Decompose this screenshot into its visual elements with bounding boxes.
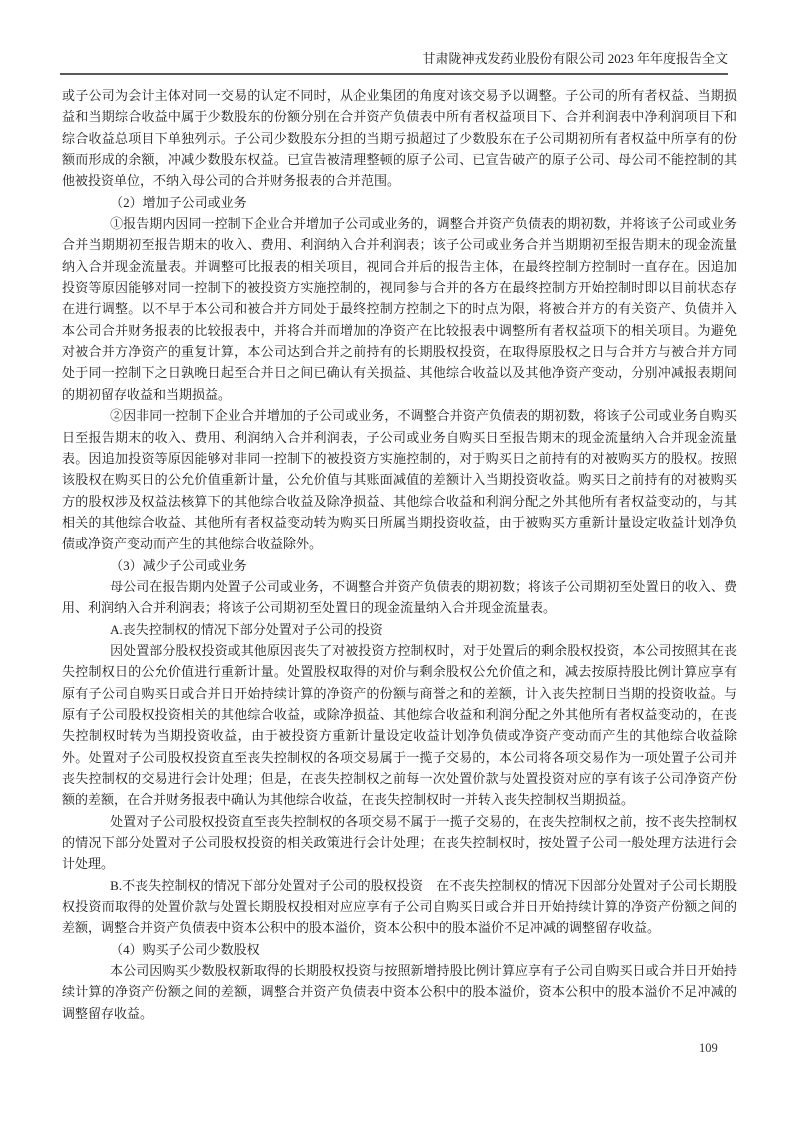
report-page: 甘肃陇神戎发药业股份有限公司 2023 年年度报告全文 或子公司为会计主体对同一… [0, 0, 793, 1122]
paragraph: B.不丧失控制权的情况下部分处置对子公司的股权投资 在不丧失控制权的情况下因部分… [62, 875, 737, 939]
paragraph: （2）增加子公司或业务 [62, 192, 737, 213]
paragraph: （4）购买子公司少数股权 [62, 939, 737, 960]
page-number: 109 [699, 1041, 718, 1056]
paragraph: ①报告期内因同一控制下企业合并增加子公司或业务的，调整合并资产负债表的期初数，并… [62, 213, 737, 405]
paragraph: 或子公司为会计主体对同一交易的认定不同时，从企业集团的角度对该交易予以调整。子公… [62, 85, 737, 192]
paragraph: 本公司因购买少数股权新取得的长期股权投资与按照新增持股比例计算应享有子公司自购买… [62, 960, 737, 1024]
paragraph: A.丧失控制权的情况下部分处置对子公司的投资 [62, 619, 737, 640]
paragraph: 处置对子公司股权投资直至丧失控制权的各项交易不属于一揽子交易的，在丧失控制权之前… [62, 811, 737, 875]
paragraph: 因处置部分股权投资或其他原因丧失了对被投资方控制权时，对于处置后的剩余股权投资，… [62, 640, 737, 811]
document-body: 或子公司为会计主体对同一交易的认定不同时，从企业集团的角度对该交易予以调整。子公… [62, 85, 737, 1024]
paragraph: （3）减少子公司或业务 [62, 555, 737, 576]
page-header-title: 甘肃陇神戎发药业股份有限公司 2023 年年度报告全文 [422, 51, 728, 67]
header-rule [60, 73, 728, 75]
paragraph: 母公司在报告期内处置子公司或业务，不调整合并资产负债表的期初数；将该子公司期初至… [62, 576, 737, 619]
paragraph: ②因非同一控制下企业合并增加的子公司或业务，不调整合并资产负债表的期初数，将该子… [62, 405, 737, 554]
